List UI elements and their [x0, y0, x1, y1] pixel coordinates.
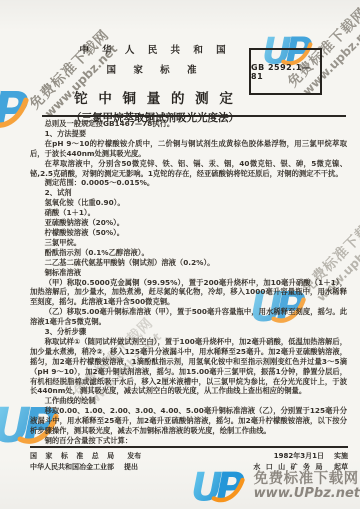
footer-implement: 1982年3月1日实施	[274, 451, 348, 461]
drafter-name: 水 口 山 矿 务 局	[253, 463, 324, 471]
reagent-item: 酚酞指示剂（0.1%乙醇溶液）。	[30, 248, 347, 258]
footer-row-draft: 中华人民共和国冶金工业部提出 水 口 山 矿 务 局起草	[30, 462, 348, 472]
body-paragraph: 测定范围：0.0005～0.015%。	[30, 178, 347, 188]
body-paragraph: 称取试样①（随同试样做试剂空白），置于100毫升烧杯中，加2毫升硝酸，低温加热溶…	[30, 337, 347, 396]
body-paragraph: 在萃取溶液中，分别含50微克锌、铁、铝、镉、汞、铟，40微克铅、银、砷，5微克镍…	[30, 159, 347, 179]
reagent-item: 二乙基二硫代氨基甲酸钠（铜试剂）溶液（0.2%）。	[30, 258, 347, 268]
subsection-heading: 铜标准溶液	[30, 268, 347, 278]
brand-site-name: 免费标准下载网	[254, 472, 360, 487]
propose-label: 提出	[124, 463, 138, 471]
standard-number: GB 2592.1—81	[251, 63, 320, 81]
standard-number-box: GB 2592.1—81	[249, 48, 322, 95]
section-heading: 3、分析步骤	[30, 327, 347, 337]
reagent-item: 亚硫酸钠溶液（20%）。	[30, 218, 347, 228]
reagent-item: 柠檬酸铵溶液（50%）。	[30, 228, 347, 238]
reagent-item: 硝酸（1＋1）。	[30, 208, 347, 218]
reagent-item: 三氯甲烷。	[30, 238, 347, 248]
footer-proposer: 中华人民共和国冶金工业部提出	[30, 462, 138, 472]
body-paragraph: 铜的百分含量按下式计算：	[30, 436, 347, 446]
header-divider	[42, 115, 346, 117]
implement-label: 实施	[334, 452, 348, 460]
draft-label: 起草	[334, 463, 348, 471]
body-paragraph: （乙）移取5.00毫升铜标准溶液（甲），置于500毫升容量瓶中，用水稀释至刻度，…	[30, 307, 347, 327]
body-paragraph: （甲）称取0.5000克金属铜（99.95%），置于200毫升烧杯中，加10毫升…	[30, 278, 347, 308]
section-heading: 2、试剂	[30, 188, 347, 198]
body-paragraph: 在pH 9～10的柠檬酸铵介质中，二价铜与铜试剂生成黄棕色胶体悬浮物，用三氯甲烷…	[30, 139, 347, 159]
brand-site-url: www.UPbz.net	[254, 487, 360, 501]
footer-issuer: 国 家 标 准 总 局发布	[30, 451, 141, 461]
section-heading: 1、方法提要	[30, 129, 347, 139]
brand-text: 免费标准下载网 www.UPbz.net	[254, 472, 360, 501]
reagent-item: 氢氧化铵（比重0.90）。	[30, 198, 347, 208]
footer-drafter: 水 口 山 矿 务 局起草	[253, 462, 348, 472]
scanned-standard-page: 免费标准下载网 www.upbz.net 免费标准下载网 www.upbz.ne…	[0, 0, 360, 509]
issue-label: 发布	[127, 452, 141, 460]
footer-divider	[30, 446, 348, 448]
document-body: 总则及一般规定按GB1467—78执行。 1、方法提要 在pH 9～10的柠檬酸…	[30, 119, 347, 446]
issuer-name: 国 家 标 准 总 局	[30, 452, 117, 460]
footer-row-issue: 国 家 标 准 总 局发布 1982年3月1日实施	[30, 451, 348, 461]
body-paragraph: 总则及一般规定按GB1467—78执行。	[30, 119, 347, 129]
body-paragraph: 移取0.00、1.00、2.00、3.00、4.00、5.00毫升铜标准溶液（乙…	[30, 406, 347, 436]
subsection-heading: 工作曲线的绘制	[30, 396, 347, 406]
proposer-name: 中华人民共和国冶金工业部	[30, 463, 114, 471]
implement-date: 1982年3月1日	[274, 452, 324, 460]
